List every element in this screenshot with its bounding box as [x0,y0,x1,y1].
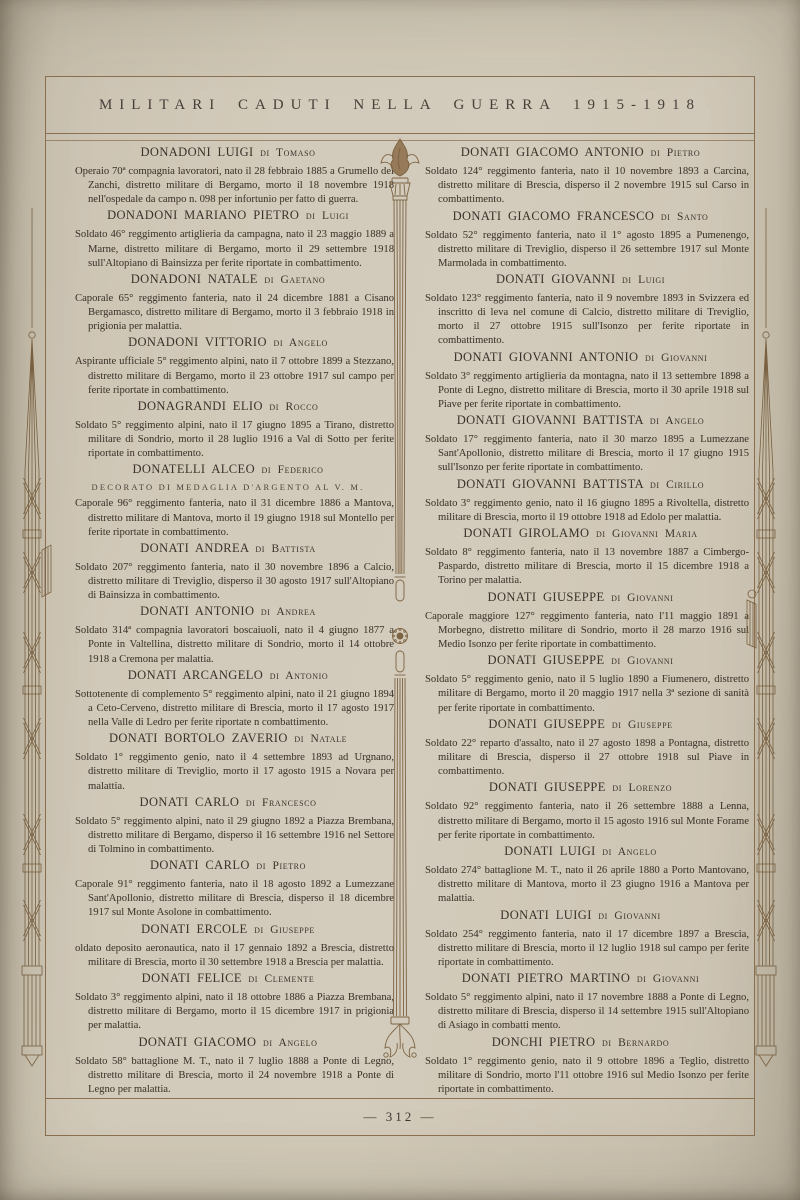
entry-heading: DONATI PIETRO MARTINO di Giovanni [412,971,749,986]
entry-body: Caporale 96° reggimento fanteria, nato i… [62,497,394,539]
entry-name: DONADONI VITTORIO [128,335,267,349]
entry-heading: DONAGRANDI ELIO di Rocco [62,399,394,414]
column-left: DONADONI LUIGI di Tomaso Operaio 70ª com… [62,145,394,1097]
entry-heading: DONATI CARLO di Francesco [62,795,394,810]
entry-patronymic: di Federico [262,464,324,476]
casualty-entry: DONATI GIOVANNI ANTONIO di Giovanni Sold… [412,350,749,412]
entry-patronymic: di Natale [294,733,347,745]
right-fasces-ornament [746,208,786,1068]
entry-body: Soldato 207° reggimento fanteria, nato i… [62,561,394,603]
entry-name: DONATI LUIGI [504,844,595,858]
entry-patronymic: di Giovanni [637,973,699,985]
casualty-entry: DONADONI VITTORIO di Angelo Aspirante uf… [62,335,394,397]
casualty-entry: DONATI GIUSEPPE di Giovanni Soldato 5° r… [412,653,749,715]
entry-body: Soldato 8° reggimento fanteria, nato il … [412,546,749,588]
entry-patronymic: di Giovanni [611,655,673,667]
entry-heading: DONATI LUIGI di Giovanni [412,908,749,923]
entry-body: Soldato 58° battaglione M. T., nato il 7… [62,1055,394,1097]
casualty-entry: DONATI LUIGI di Giovanni Soldato 254° re… [412,908,749,970]
entry-name: DONATI GIUSEPPE [488,653,605,667]
entry-heading: DONATI GIOVANNI di Luigi [412,272,749,287]
left-fasces-ornament [12,208,52,1068]
entry-name: DONATI GIOVANNI BATTISTA [457,413,644,427]
entry-heading: DONATI GIOVANNI BATTISTA di Cirillo [412,477,749,492]
entry-body: Caporale 65° reggimento fanteria, nato i… [62,292,394,334]
center-column-ornament [380,136,420,1076]
entry-patronymic: di Francesco [246,797,317,809]
entry-body: Soldato 3° reggimento alpini, nato il 18… [62,991,394,1033]
entry-patronymic: di Luigi [306,210,349,222]
page-footer: — 312 — [46,1098,754,1135]
entry-heading: DONATI ARCANGELO di Antonio [62,668,394,683]
casualty-entry: DONADONI NATALE di Gaetano Caporale 65° … [62,272,394,334]
entry-name: DONATI GIUSEPPE [488,590,605,604]
entry-name: DONATI GIACOMO FRANCESCO [453,209,655,223]
entry-heading: DONATI ERCOLE di Giuseppe [62,922,394,937]
entry-patronymic: di Giovanni [645,352,707,364]
casualty-entry: DONCHI PIETRO di Bernardo Soldato 1° reg… [412,1035,749,1097]
entry-body: Soldato 5° reggimento alpini, nato il 29… [62,815,394,857]
casualty-entry: DONATI GIROLAMO di Giovanni Maria Soldat… [412,526,749,588]
entry-heading: DONADONI LUIGI di Tomaso [62,145,394,160]
entry-patronymic: di Pietro [651,147,701,159]
entry-heading: DONCHI PIETRO di Bernardo [412,1035,749,1050]
entry-body: Sottotenente di complemento 5° reggiment… [62,688,394,730]
entry-patronymic: di Luigi [622,274,665,286]
entry-patronymic: di Lorenzo [612,782,672,794]
entry-name: DONATI BORTOLO ZAVERIO [109,731,288,745]
entry-patronymic: di Battista [255,543,315,555]
entry-name: DONAGRANDI ELIO [138,399,263,413]
entry-body: Soldato 52° reggimento fanteria, nato il… [412,229,749,271]
column-right: DONATI GIACOMO ANTONIO di Pietro Soldato… [412,145,749,1097]
entry-patronymic: di Rocco [269,401,318,413]
entry-name: DONADONI LUIGI [140,145,253,159]
entry-body: Soldato 5° reggimento alpini, nato il 17… [412,991,749,1033]
entry-body: Caporale maggiore 127° reggimento fanter… [412,610,749,652]
entry-heading: DONATI GIOVANNI BATTISTA di Angelo [412,413,749,428]
entry-body: Aspirante ufficiale 5° reggimento alpini… [62,355,394,397]
casualty-entry: DONATI GIACOMO ANTONIO di Pietro Soldato… [412,145,749,207]
casualty-entry: DONATELLI ALCEO di Federico DECORATO DI … [62,462,394,539]
entry-name: DONATI ERCOLE [141,922,247,936]
entry-patronymic: di Andrea [261,606,316,618]
entry-body: Soldato 5° reggimento genio, nato il 5 l… [412,673,749,715]
entry-name: DONATELLI ALCEO [132,462,255,476]
entry-heading: DONATI CARLO di Pietro [62,858,394,873]
entry-body: Soldato 123° reggimento fanteria, nato i… [412,292,749,348]
casualty-entry: DONADONI LUIGI di Tomaso Operaio 70ª com… [62,145,394,207]
entry-heading: DONADONI VITTORIO di Angelo [62,335,394,350]
entry-patronymic: di Angelo [263,1037,318,1049]
entry-heading: DONATI GIACOMO di Angelo [62,1035,394,1050]
casualty-entry: DONATI PIETRO MARTINO di Giovanni Soldat… [412,971,749,1033]
entry-body: Soldato 22° reparto d'assalto, nato il 2… [412,737,749,779]
entry-patronymic: di Giovanni Maria [596,528,698,540]
entry-body: Soldato 274° battaglione M. T., nato il … [412,864,749,906]
entry-heading: DONATI LUIGI di Angelo [412,844,749,859]
entry-heading: DONATI GIUSEPPE di Giovanni [412,653,749,668]
casualty-entry: DONATI FELICE di Clemente Soldato 3° reg… [62,971,394,1033]
entry-name: DONATI GIOVANNI ANTONIO [454,350,639,364]
entry-patronymic: di Giovanni [598,910,660,922]
entry-patronymic: di Tomaso [260,147,315,159]
entry-patronymic: di Gaetano [264,274,325,286]
casualty-entry: DONATI GIUSEPPE di Lorenzo Soldato 92° r… [412,780,749,842]
entry-body: Soldato 1° reggimento genio, nato il 9 o… [412,1055,749,1097]
entry-name: DONATI GIROLAMO [463,526,589,540]
entry-body: Soldato 1° reggimento genio, nato il 4 s… [62,751,394,793]
entry-body: Soldato 3° reggimento artiglieria da mon… [412,370,749,412]
entry-name: DONADONI MARIANO PIETRO [107,208,299,222]
casualty-entry: DONATI ANDREA di Battista Soldato 207° r… [62,541,394,603]
casualty-entry: DONATI ARCANGELO di Antonio Sottotenente… [62,668,394,730]
page-header: MILITARI CADUTI NELLA GUERRA 1915-1918 [46,77,754,134]
casualty-entry: DONATI ERCOLE di Giuseppe oldato deposit… [62,922,394,970]
casualty-entry: DONATI GIOVANNI BATTISTA di Angelo Solda… [412,413,749,475]
entry-decoration-line: DECORATO DI MEDAGLIA D'ARGENTO AL V. M. [62,482,394,492]
entry-body: Soldato 92° reggimento fanteria, nato il… [412,800,749,842]
entry-body: Operaio 70ª compagnia lavoratori, nato i… [62,165,394,207]
entry-heading: DONATI FELICE di Clemente [62,971,394,986]
entry-body: Soldato 46° reggimento artiglieria da ca… [62,228,394,270]
casualty-entry: DONATI ANTONIO di Andrea Soldato 314ª co… [62,604,394,666]
fasces-icon [746,208,786,1068]
entry-name: DONATI GIUSEPPE [488,717,605,731]
entry-patronymic: di Angelo [650,415,705,427]
casualty-entry: DONAGRANDI ELIO di Rocco Soldato 5° regg… [62,399,394,461]
entry-name: DONATI PIETRO MARTINO [462,971,631,985]
casualty-entry: DONATI GIOVANNI di Luigi Soldato 123° re… [412,272,749,348]
entry-name: DONATI FELICE [142,971,242,985]
entry-heading: DONATI GIUSEPPE di Giovanni [412,590,749,605]
entry-patronymic: di Giuseppe [254,924,315,936]
entry-body: Soldato 254° reggimento fanteria, nato i… [412,928,749,970]
entry-heading: DONADONI NATALE di Gaetano [62,272,394,287]
entry-patronymic: di Angelo [602,846,657,858]
entry-body: Soldato 314ª compagnia lavoratori boscai… [62,624,394,666]
entry-patronymic: di Clemente [248,973,314,985]
entry-name: DONATI GIOVANNI BATTISTA [457,477,644,491]
casualty-entry: DONATI GIUSEPPE di Giovanni Caporale mag… [412,590,749,652]
entry-heading: DONATELLI ALCEO di Federico [62,462,394,477]
casualty-entry: DONATI LUIGI di Angelo Soldato 274° batt… [412,844,749,906]
entry-name: DONATI CARLO [140,795,240,809]
casualty-entry: DONATI GIOVANNI BATTISTA di Cirillo Sold… [412,477,749,525]
entry-patronymic: di Giuseppe [612,719,673,731]
entry-name: DONATI ANTONIO [140,604,254,618]
entry-patronymic: di Pietro [256,860,306,872]
entry-body: Soldato 5° reggimento alpini, nato il 17… [62,419,394,461]
entry-patronymic: di Santo [661,211,709,223]
entry-name: DONATI GIOVANNI [496,272,616,286]
entry-body: oldato deposito aeronautica, nato il 17 … [62,942,394,970]
entry-patronymic: di Giovanni [611,592,673,604]
entry-name: DONATI GIUSEPPE [489,780,606,794]
entry-body: Soldato 3° reggimento genio, nato il 16 … [412,497,749,525]
casualty-entry: DONATI BORTOLO ZAVERIO di Natale Soldato… [62,731,394,793]
entry-name: DONATI LUIGI [500,908,591,922]
casualty-entry: DONATI GIUSEPPE di Giuseppe Soldato 22° … [412,717,749,779]
entry-body: Soldato 17° reggimento fanteria, nato il… [412,433,749,475]
entry-heading: DONATI GIROLAMO di Giovanni Maria [412,526,749,541]
entry-body: Soldato 124° reggimento fanteria, nato i… [412,165,749,207]
casualty-entry: DONATI GIACOMO di Angelo Soldato 58° bat… [62,1035,394,1097]
entry-patronymic: di Cirillo [650,479,704,491]
casualty-entry: DONATI GIACOMO FRANCESCO di Santo Soldat… [412,209,749,271]
entry-name: DONATI CARLO [150,858,250,872]
entry-heading: DONATI GIOVANNI ANTONIO di Giovanni [412,350,749,365]
entry-name: DONATI GIACOMO ANTONIO [461,145,644,159]
casualty-entry: DONADONI MARIANO PIETRO di Luigi Soldato… [62,208,394,270]
entry-name: DONADONI NATALE [131,272,258,286]
entry-heading: DONATI GIACOMO FRANCESCO di Santo [412,209,749,224]
casualty-entry: DONATI CARLO di Pietro Caporale 91° regg… [62,858,394,920]
entry-name: DONATI ANDREA [140,541,249,555]
entry-patronymic: di Antonio [270,670,329,682]
entry-heading: DONATI GIUSEPPE di Giuseppe [412,717,749,732]
entry-heading: DONATI GIACOMO ANTONIO di Pietro [412,145,749,160]
page-title: MILITARI CADUTI NELLA GUERRA 1915-1918 [99,97,701,114]
entry-heading: DONADONI MARIANO PIETRO di Luigi [62,208,394,223]
torch-icon [380,136,420,1076]
entry-name: DONCHI PIETRO [492,1035,596,1049]
entry-heading: DONATI ANDREA di Battista [62,541,394,556]
page-number: — 312 — [364,1109,437,1125]
entry-name: DONATI GIACOMO [138,1035,256,1049]
entry-name: DONATI ARCANGELO [128,668,263,682]
fasces-icon [12,208,52,1068]
entry-heading: DONATI ANTONIO di Andrea [62,604,394,619]
entry-heading: DONATI BORTOLO ZAVERIO di Natale [62,731,394,746]
casualty-entry: DONATI CARLO di Francesco Soldato 5° reg… [62,795,394,857]
entry-patronymic: di Angelo [273,337,328,349]
entry-heading: DONATI GIUSEPPE di Lorenzo [412,780,749,795]
entry-patronymic: di Bernardo [602,1037,669,1049]
entry-body: Caporale 91° reggimento fanteria, nato i… [62,878,394,920]
